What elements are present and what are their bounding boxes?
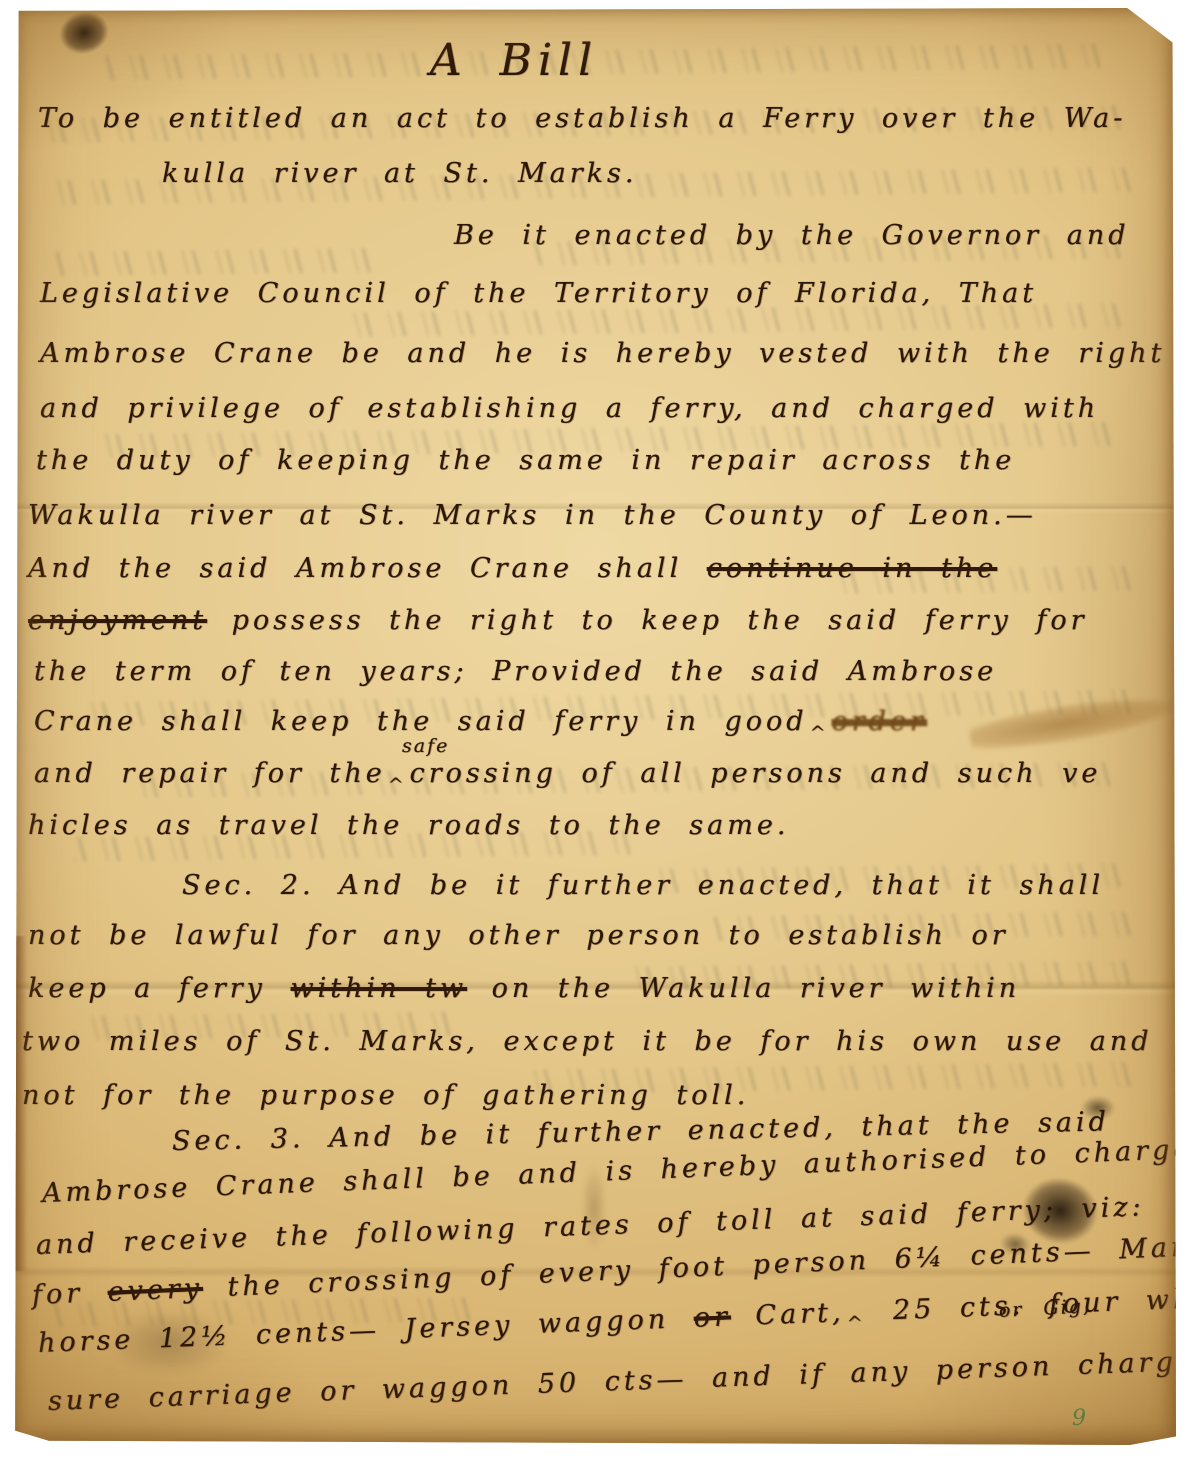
manuscript-line: hicles as travel the roads to the same.: [28, 810, 789, 841]
line-text: crossing of all persons and such ve: [410, 758, 1102, 789]
line-text: Cart,: [730, 1297, 845, 1332]
manuscript-line: Wakulla river at St. Marks in the County…: [28, 500, 1037, 531]
struck-text: or: [693, 1301, 731, 1333]
struck-text: every: [107, 1273, 204, 1308]
inserted-word: safe: [402, 736, 449, 758]
manuscript-line: two miles of St. Marks, except it be for…: [22, 1026, 1153, 1057]
line-text: 25 cts. four wheeled plea: [868, 1276, 1200, 1327]
manuscript-line: And the said Ambrose Crane shall continu…: [28, 553, 997, 584]
manuscript-line: kulla river at St. Marks.: [162, 158, 637, 189]
line-text: possess the right to keep the said ferry…: [207, 605, 1087, 636]
manuscript-line: sure carriage or waggon 50 cts— and if a…: [47, 1345, 1200, 1417]
line-text: hicles as travel the roads to the same.: [28, 810, 789, 841]
manuscript-line: To be entitled an act to establish a Fer…: [38, 103, 1126, 134]
insertion-caret: ^: [810, 723, 830, 745]
line-text: To be entitled an act to establish a Fer…: [38, 103, 1126, 134]
struck-text: continue in the: [707, 553, 997, 584]
document-title: A Bill: [304, 36, 724, 87]
smeared-text: order: [831, 706, 926, 737]
manuscript-line: and repair for the^crossing of all perso…: [34, 758, 1101, 789]
manuscript-line: Legislative Council of the Territory of …: [40, 278, 1037, 309]
manuscript-line: Be it enacted by the Governor and: [454, 220, 1130, 251]
manuscript-line: not be lawful for any other person to es…: [28, 920, 1009, 951]
bleed-through-texture: [54, 248, 374, 276]
manuscript-line: not for the purpose of gathering toll.: [22, 1080, 749, 1111]
scanned-document-background: A Bill To be entitled an act to establis…: [0, 0, 1200, 1462]
line-text: sure carriage or waggon 50 cts— and if a…: [47, 1345, 1200, 1417]
manuscript-line: enjoyment possess the right to keep the …: [28, 605, 1088, 636]
manuscript-line: the term of ten years; Provided the said…: [34, 656, 997, 687]
insertion-caret: ^: [388, 775, 408, 797]
manuscript-line: and privilege of establishing a ferry, a…: [40, 393, 1099, 424]
manuscript-page: A Bill To be entitled an act to establis…: [14, 8, 1176, 1445]
line-text: keep a ferry: [28, 973, 291, 1004]
manuscript-line: Ambrose Crane be and he is hereby vested…: [40, 338, 1165, 369]
struck-text: enjoyment: [28, 605, 207, 636]
line-text: and privilege of establishing a ferry, a…: [40, 393, 1099, 424]
page-number-mark: 9: [1072, 1406, 1086, 1431]
line-text: on the Wakulla river within: [467, 973, 1020, 1004]
line-text: for: [31, 1277, 108, 1311]
line-text: Wakulla river at St. Marks in the County…: [28, 500, 1037, 531]
line-text: the duty of keeping the same in repair a…: [36, 445, 1015, 476]
struck-text: within tw: [291, 973, 468, 1004]
manuscript-line: Sec. 2. And be it further enacted, that …: [182, 870, 1104, 901]
manuscript-line: the duty of keeping the same in repair a…: [36, 445, 1015, 476]
line-text: Sec. 2. And be it further enacted, that …: [182, 870, 1104, 901]
line-text: safe: [402, 735, 449, 757]
line-text: Ambrose Crane be and he is hereby vested…: [40, 338, 1165, 369]
line-text: kulla river at St. Marks.: [162, 158, 637, 189]
line-text: not be lawful for any other person to es…: [28, 920, 1009, 951]
line-text: And the said Ambrose Crane shall: [28, 553, 707, 584]
line-text: two miles of St. Marks, except it be for…: [22, 1026, 1153, 1057]
line-text: the term of ten years; Provided the said…: [34, 656, 997, 687]
line-text: and repair for the: [34, 758, 386, 789]
manuscript-line: keep a ferry within tw on the Wakulla ri…: [28, 973, 1020, 1004]
manuscript-line: Crane shall keep the said ferry in good^…: [34, 706, 927, 737]
line-text: Be it enacted by the Governor and: [454, 220, 1130, 251]
line-text: not for the purpose of gathering toll.: [22, 1080, 749, 1111]
line-text: Crane shall keep the said ferry in good: [34, 706, 808, 737]
insertion-caret: ^: [847, 1313, 868, 1336]
line-text: Legislative Council of the Territory of …: [40, 278, 1037, 309]
